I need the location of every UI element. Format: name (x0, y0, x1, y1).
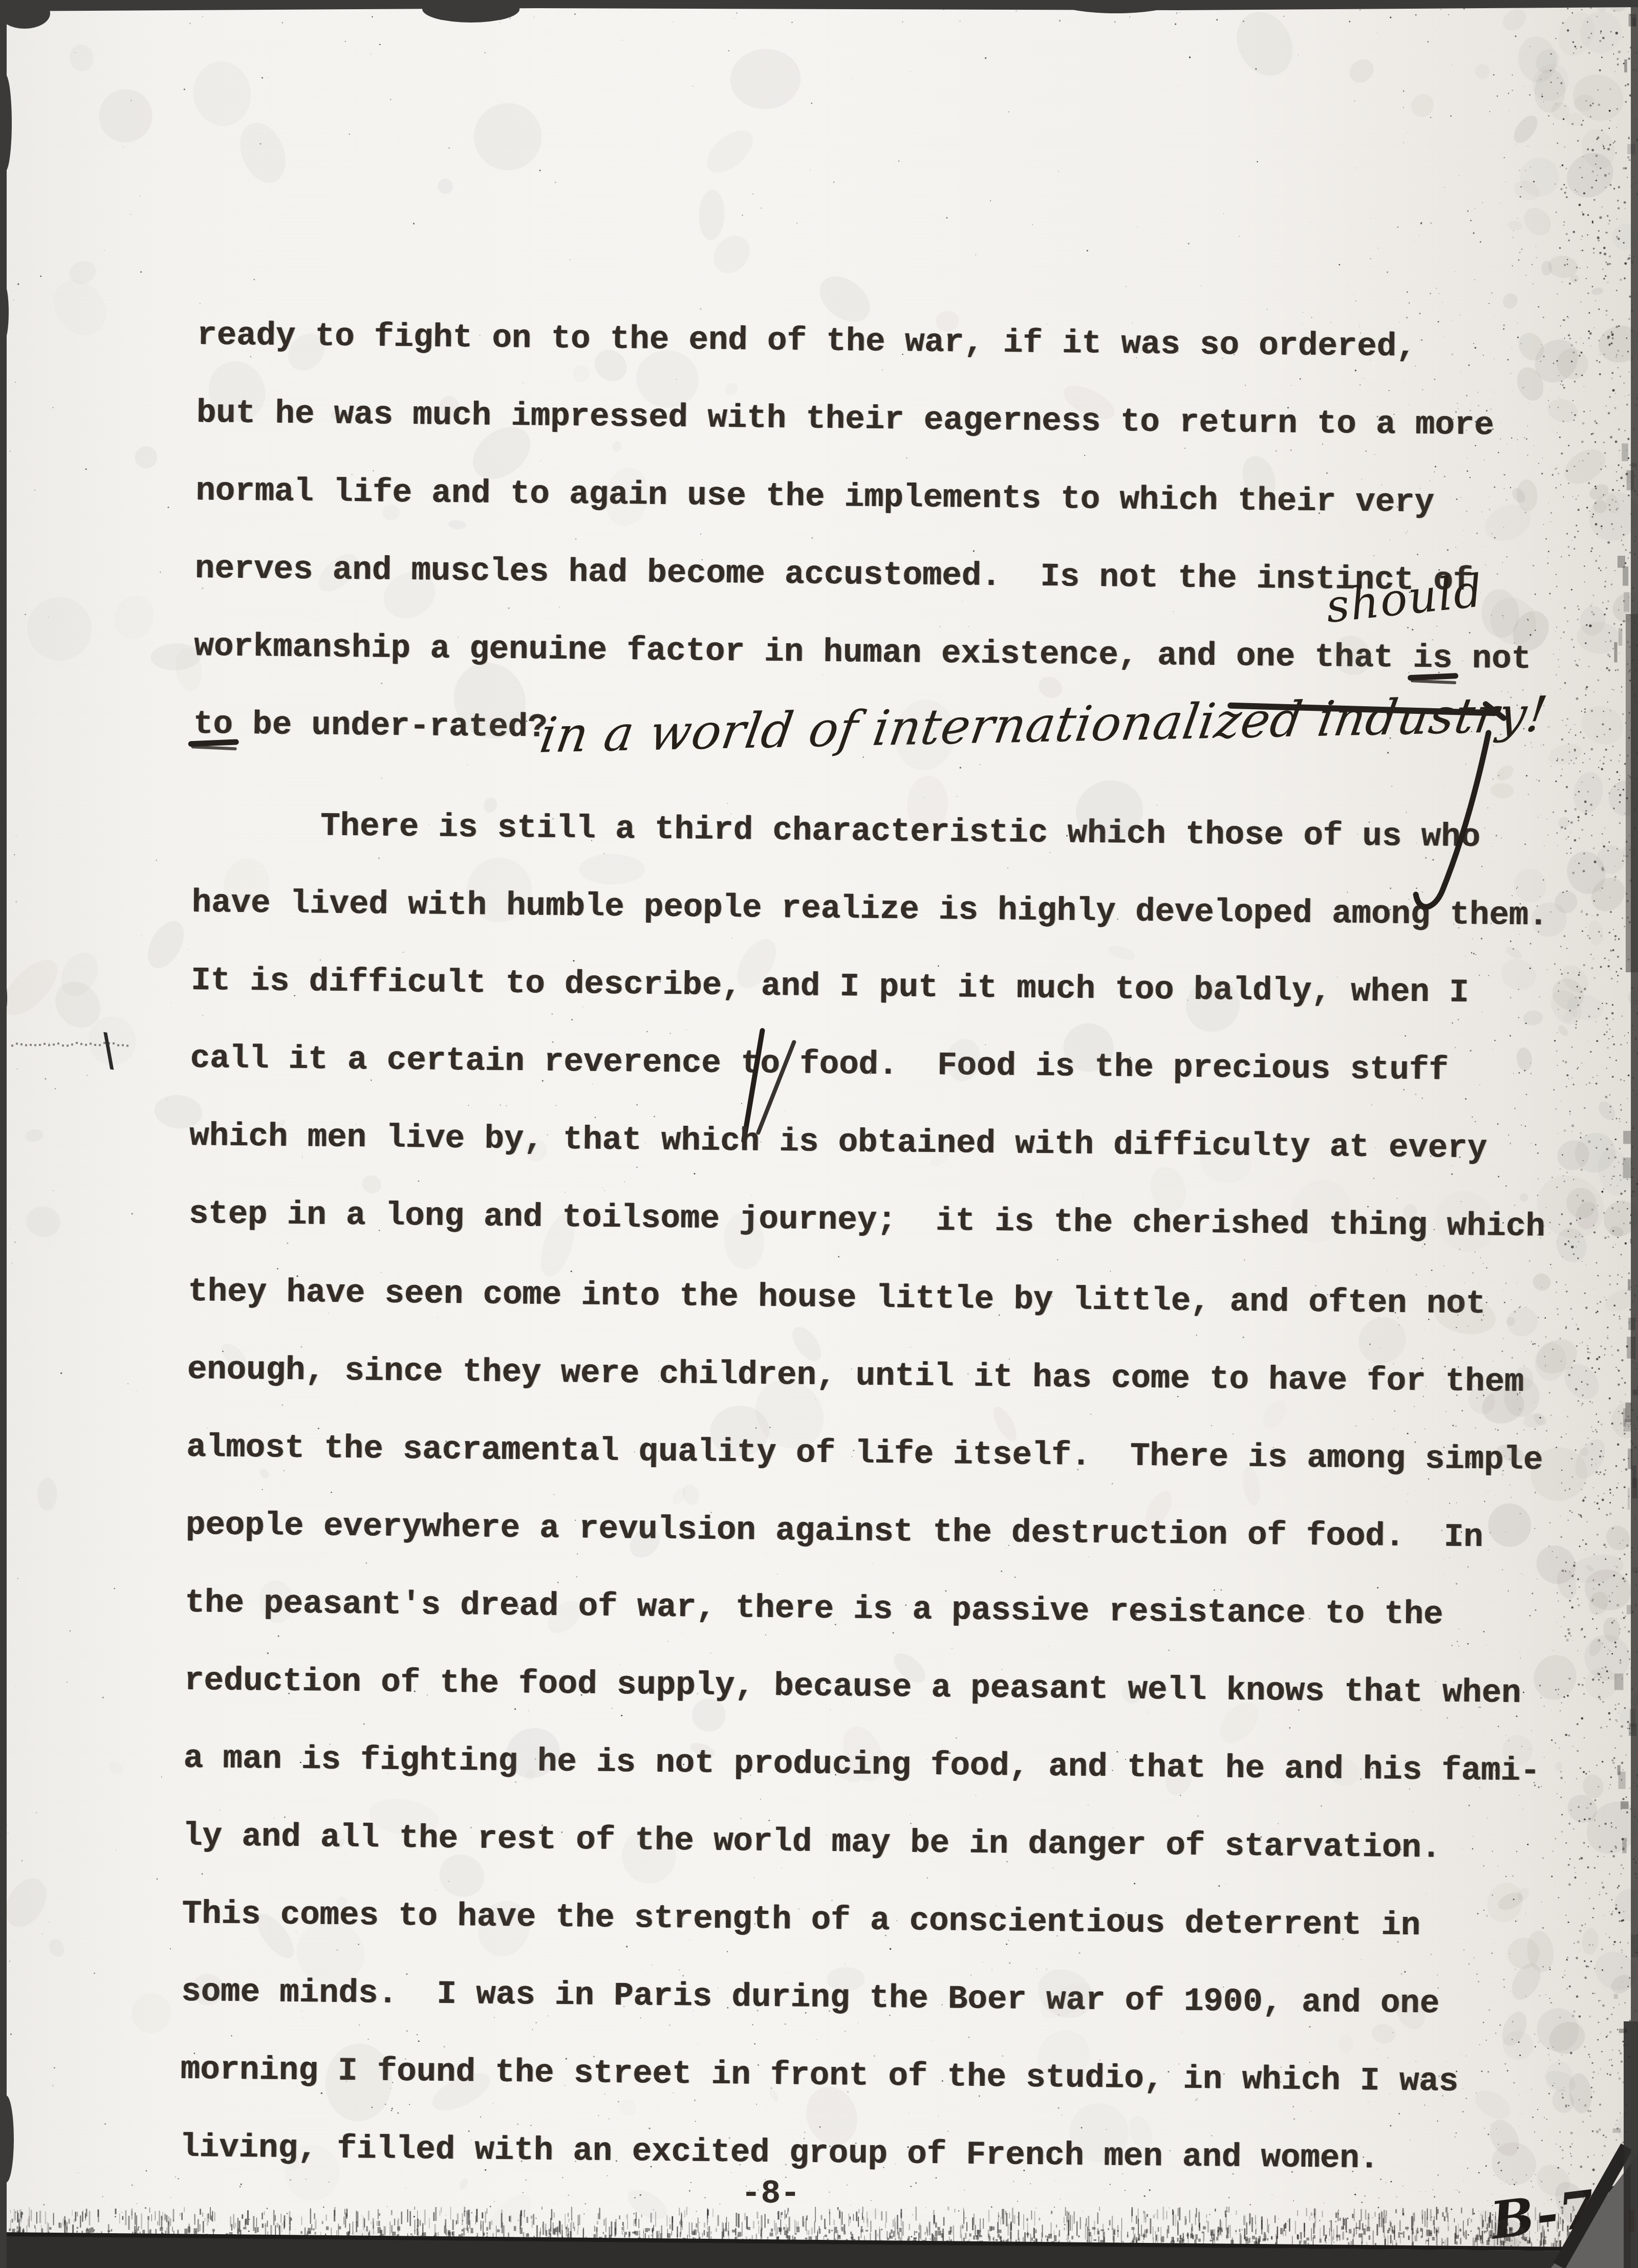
typed-text: There is still a third characteristic wh… (320, 808, 1481, 856)
typed-line-16: people everywhere a revulsion against th… (185, 1487, 1558, 1578)
typed-text: morning I found the street in front of t… (180, 2052, 1458, 2101)
typed-text: reduction of the food supply, because a … (184, 1663, 1521, 1712)
typed-text: which men live by, that which is obtaine… (189, 1118, 1487, 1167)
typed-text: normal life and to again use the impleme… (196, 473, 1434, 521)
typed-text: step in a long and toilsome journey; it … (188, 1196, 1545, 1246)
typed-line-23: morning I found the street in front of t… (180, 2031, 1553, 2122)
typed-text: This comes to have the strength of a con… (182, 1896, 1420, 1945)
typed-text: living, filled with an excited group of … (180, 2129, 1379, 2177)
typed-line-2: but he was much impressed with their eag… (196, 375, 1568, 466)
typed-text: they have seen come into the house littl… (188, 1274, 1485, 1323)
typed-text: some minds. I was in Paris during the Bo… (181, 1974, 1440, 2023)
margin-pen-mark: \ (98, 1024, 119, 1077)
typed-text: have lived with humble people realize is… (191, 885, 1548, 934)
typed-line-14: enough, since they were children, until … (187, 1331, 1559, 1422)
typed-text: the peasant's dread of war, there is a p… (185, 1585, 1443, 1634)
struck-word: to (193, 706, 233, 744)
typed-text: almost the sacramental quality of life i… (186, 1429, 1543, 1479)
typed-text: ready to fight on to the end of the war,… (197, 317, 1416, 366)
typed-text: people everywhere a revulsion against th… (186, 1507, 1483, 1556)
typed-text: workmanship a genuine factor in human ex… (194, 628, 1413, 677)
typed-line-7: There is still a third characteristic wh… (192, 787, 1564, 878)
typed-line-17: the peasant's dread of war, there is a p… (185, 1564, 1557, 1655)
typed-text: It is difficult to describe, and I put i… (191, 963, 1469, 1012)
typed-text: a man is fighting he is not producing fo… (183, 1740, 1540, 1790)
typed-line-1: ready to fight on to the end of the war,… (197, 297, 1569, 388)
typed-text: nerves and muscles had become accustomed… (195, 551, 1473, 600)
typed-text: not (1452, 641, 1531, 678)
typed-text: but he was much impressed with their eag… (196, 395, 1494, 444)
scanned-typescript-page: ready to fight on to the end of the war,… (0, 0, 1638, 2268)
typed-line-19: a man is fighting he is not producing fo… (183, 1720, 1556, 1811)
typed-line-11: which men live by, that which is obtaine… (189, 1098, 1562, 1189)
typed-line-12: step in a long and toilsome journey; it … (188, 1175, 1561, 1267)
typed-line-22: some minds. I was in Paris during the Bo… (181, 1953, 1553, 2044)
typed-text: ly and all the rest of the world may be … (183, 1818, 1441, 1867)
typed-line-21: This comes to have the strength of a con… (182, 1876, 1554, 1967)
typed-text: call it a certain reverence (190, 1040, 741, 1082)
pen-slashed-word: to (741, 1045, 781, 1083)
typed-line-15: almost the sacramental quality of life i… (186, 1409, 1559, 1500)
typed-line-18: reduction of the food supply, because a … (184, 1642, 1556, 1733)
typed-text: enough, since they were children, until … (187, 1351, 1524, 1401)
typed-text: be under-rated? (232, 707, 547, 747)
typed-line-9: It is difficult to describe, and I put i… (190, 942, 1563, 1033)
typed-line-20: ly and all the rest of the world may be … (182, 1798, 1555, 1889)
struck-word: is (1413, 640, 1453, 678)
page-number: -8- (741, 2176, 800, 2213)
typed-line-10: call it a certain reverence to food. Foo… (190, 1020, 1562, 1111)
typed-line-3: normal life and to again use the impleme… (196, 452, 1568, 543)
typed-text: food. Food is the precious stuff (780, 1046, 1448, 1089)
typed-line-24: living, filled with an excited group of … (180, 2109, 1552, 2200)
typed-line-13: they have seen come into the house littl… (188, 1253, 1560, 1344)
typed-line-8: have lived with humble people realize is… (191, 864, 1564, 955)
